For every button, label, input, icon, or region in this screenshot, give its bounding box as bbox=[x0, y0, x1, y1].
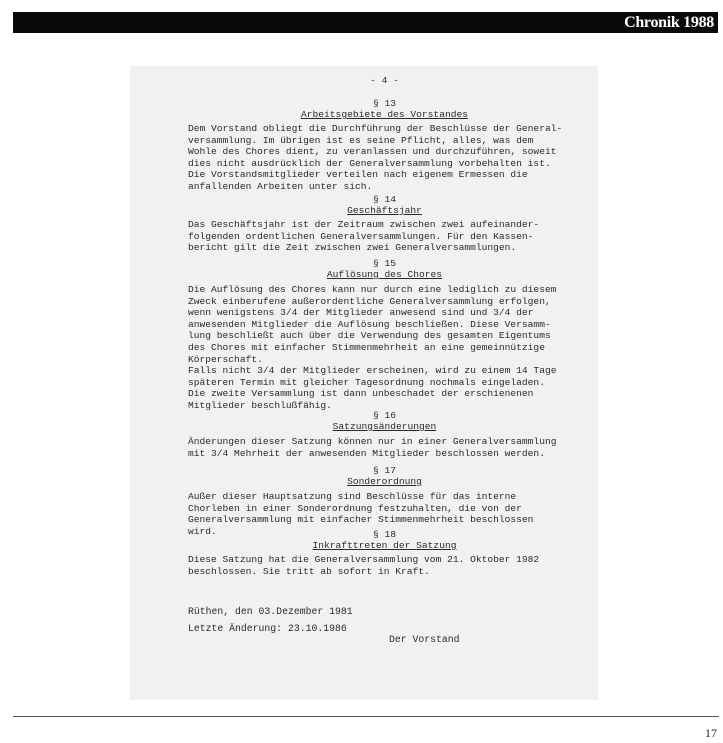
footer-divider bbox=[13, 716, 719, 717]
chronicle-title: Chronik 1988 bbox=[624, 12, 714, 33]
section-15-number: § 15 bbox=[188, 258, 581, 270]
section-15-body: Die Auflösung des Chores kann nur durch … bbox=[188, 284, 588, 412]
section-16-title: Satzungsänderungen bbox=[188, 421, 581, 433]
section-13-body: Dem Vorstand obliegt die Durchführung de… bbox=[188, 123, 588, 193]
scanned-document-page: - 4 - § 13 Arbeitsgebiete des Vorstandes… bbox=[130, 66, 598, 700]
section-17-number: § 17 bbox=[188, 465, 581, 477]
section-14-body: Das Geschäftsjahr ist der Zeitraum zwisc… bbox=[188, 219, 588, 254]
board-signature: Der Vorstand bbox=[389, 634, 460, 645]
section-18-body: Diese Satzung hat die Generalversammlung… bbox=[188, 554, 588, 577]
section-16-body: Änderungen dieser Satzung können nur in … bbox=[188, 436, 588, 459]
section-14-number: § 14 bbox=[188, 194, 581, 206]
chronicle-header-bar: Chronik 1988 bbox=[13, 12, 718, 33]
place-and-date: Rüthen, den 03.Dezember 1981 bbox=[188, 606, 353, 617]
page-number: 17 bbox=[705, 726, 717, 741]
section-15-title: Auflösung des Chores bbox=[188, 269, 581, 281]
last-change-date: Letzte Änderung: 23.10.1986 bbox=[188, 623, 347, 634]
page-marker: - 4 - bbox=[188, 75, 581, 87]
section-18-title: Inkrafttreten der Satzung bbox=[188, 540, 581, 552]
section-14-title: Geschäftsjahr bbox=[188, 205, 581, 217]
section-18-number: § 18 bbox=[188, 529, 581, 541]
section-13-title: Arbeitsgebiete des Vorstandes bbox=[188, 109, 581, 121]
section-17-title: Sonderordnung bbox=[188, 476, 581, 488]
section-13-number: § 13 bbox=[188, 98, 581, 110]
section-16-number: § 16 bbox=[188, 410, 581, 422]
